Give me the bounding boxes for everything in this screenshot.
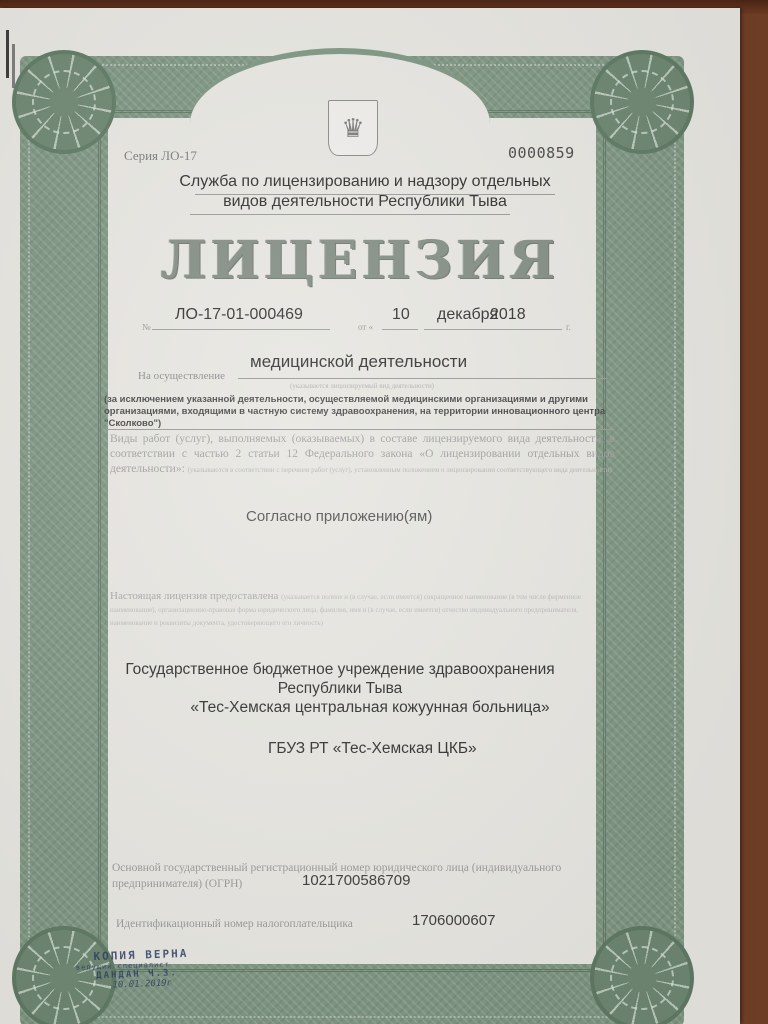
certified-copy-stamp: КОПИЯ ВЕРНА ведущий специалист ДАНДАН Ч.… <box>75 945 236 992</box>
grant-text: Настоящая лицензия предоставлена <box>110 590 278 602</box>
issue-day: 10 <box>392 306 410 324</box>
works-caption: (указываются в соответствии с перечнем р… <box>188 466 612 474</box>
underline <box>238 378 608 379</box>
inn-value: 1706000607 <box>412 912 495 929</box>
underline <box>382 329 418 330</box>
year-suffix: г. <box>566 322 571 332</box>
licensee-name: Государственное бюджетное учреждение здр… <box>100 660 620 717</box>
license-number: ЛО-17-01-000469 <box>175 306 303 324</box>
issuing-authority: Служба по лицензированию и надзору отдел… <box>160 172 570 212</box>
annex-reference: Согласно приложению(ям) <box>246 508 432 525</box>
licensee-short-name: ГБУЗ РТ «Тес-Хемская ЦКБ» <box>268 740 477 758</box>
series-label: Серия ЛО-17 <box>124 148 197 164</box>
issue-year: 2018 <box>490 306 526 324</box>
inn-label: Идентификационный номер налогоплательщик… <box>116 918 353 930</box>
ogrn-value: 1021700586709 <box>302 872 410 889</box>
licensee-line-3: «Тес-Хемская центральная кожуунная больн… <box>100 698 620 717</box>
number-label: № <box>142 322 151 332</box>
divider <box>195 194 555 195</box>
activity-value: медицинской деятельности <box>250 352 467 372</box>
license-page: ♛ Серия ЛО-17 0000859 Служба по лицензир… <box>0 8 740 1024</box>
license-content: ♛ Серия ЛО-17 0000859 Служба по лицензир… <box>0 8 740 1024</box>
exclusion-note: (за исключением указанной деятельности, … <box>104 394 614 430</box>
issue-month: декабря <box>437 306 498 324</box>
works-description: Виды работ (услуг), выполняемых (оказыва… <box>110 432 615 478</box>
divider <box>104 429 614 430</box>
underline <box>424 329 562 330</box>
underline <box>152 329 330 330</box>
activity-label: На осуществление <box>138 370 225 382</box>
from-label: от « <box>358 322 373 332</box>
grant-description: Настоящая лицензия предоставлена (указыв… <box>110 590 615 629</box>
activity-caption: (указывается лицензируемый вид деятельно… <box>290 382 434 390</box>
serial-number: 0000859 <box>508 144 575 162</box>
document-title: ЛИЦЕНЗИЯ <box>150 230 570 291</box>
divider <box>190 214 510 215</box>
licensee-line-1: Государственное бюджетное учреждение здр… <box>100 660 620 679</box>
licensee-line-2: Республики Тыва <box>100 679 620 698</box>
coat-of-arms-icon: ♛ <box>328 100 378 156</box>
